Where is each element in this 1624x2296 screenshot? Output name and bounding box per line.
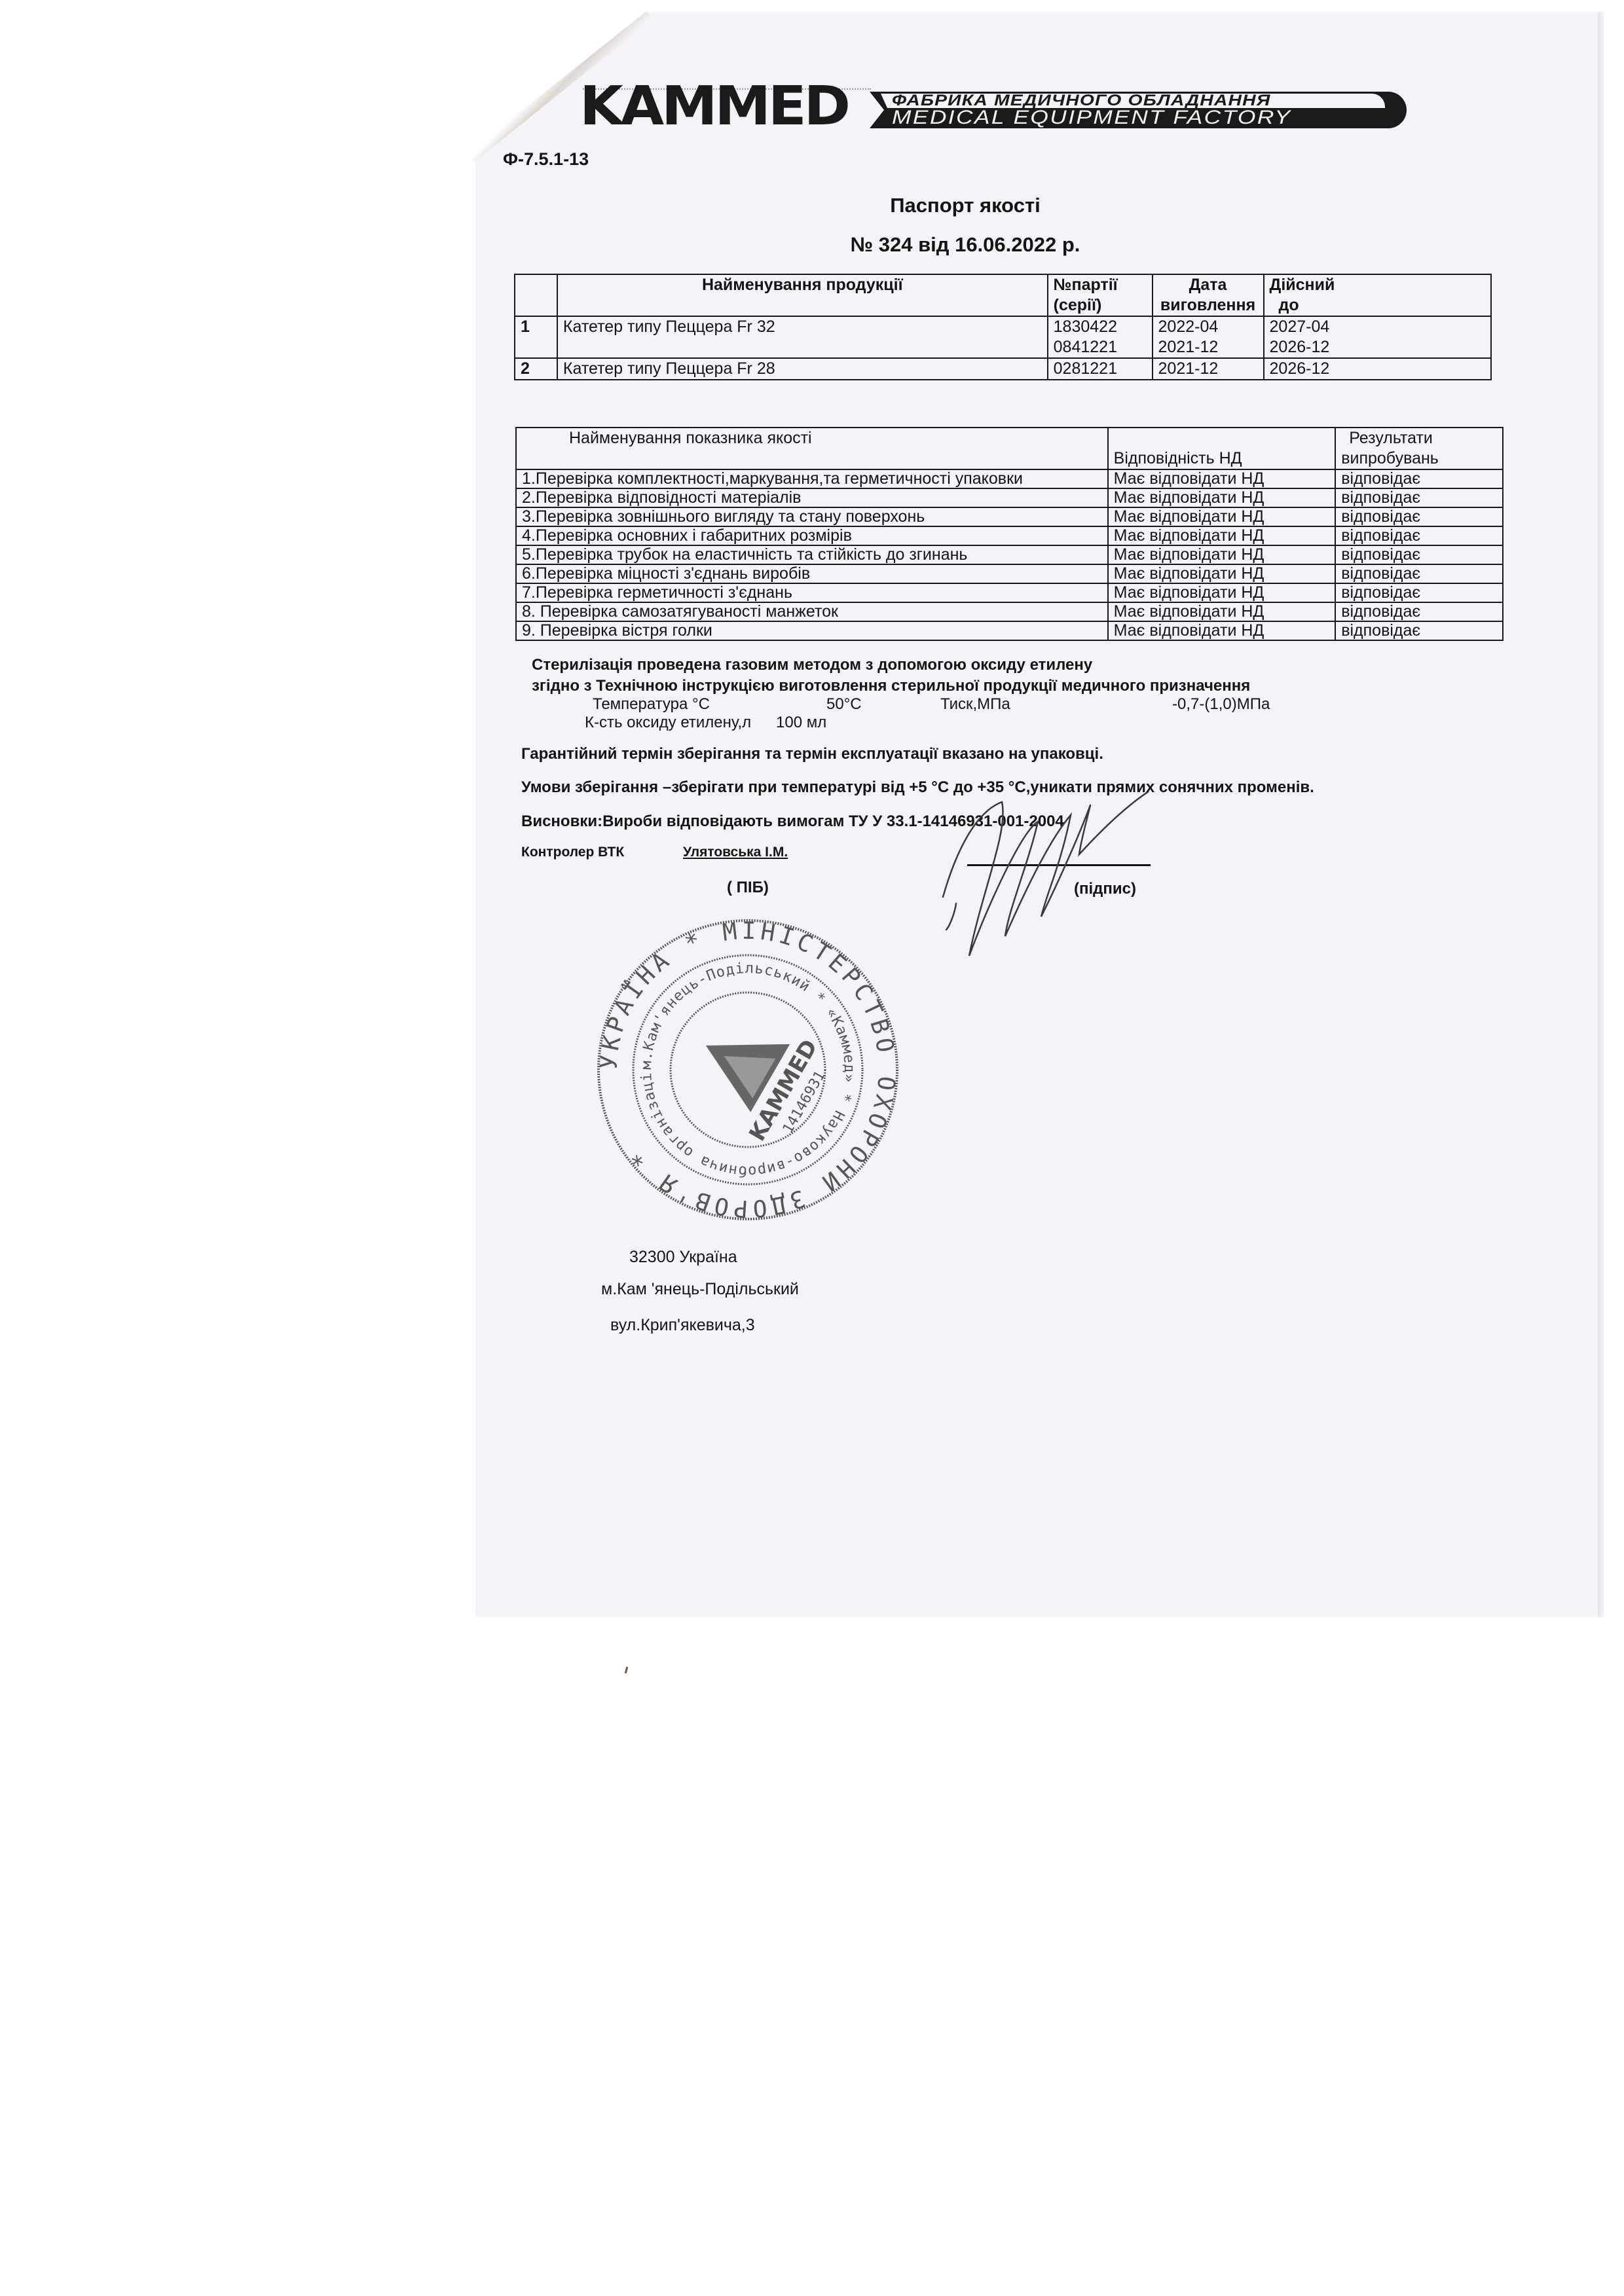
table-row: 2 Катетер типу Пеццера Fr 28 0281221 202… <box>515 358 1491 380</box>
requirement-cell: Має відповідати НД <box>1108 488 1336 507</box>
scan-speck <box>625 1667 628 1673</box>
requirement-cell: Має відповідати НД <box>1108 564 1336 583</box>
handwritten-signature <box>930 792 1166 962</box>
batch-numbers: 1830422 0841221 <box>1048 316 1153 358</box>
valid-until-dates: 2027-04 2026-12 <box>1264 316 1491 358</box>
table-row: 1 Катетер типу Пеццера Fr 32 1830422 084… <box>515 316 1491 358</box>
address-line-2: м.Кам 'янець-Подільський <box>601 1280 799 1299</box>
table-row: 8. Перевірка самозатягуваності манжетокМ… <box>516 602 1503 621</box>
indicator-cell: 2.Перевірка відповідності матеріалів <box>516 488 1108 507</box>
requirement-cell: Має відповідати НД <box>1108 526 1336 545</box>
col-product-name: Найменування продукції <box>557 274 1048 316</box>
batch-numbers: 0281221 <box>1048 358 1153 380</box>
requirement-cell: Має відповідати НД <box>1108 621 1336 640</box>
quality-header-row: Найменування показника якості Відповідні… <box>516 428 1503 469</box>
controller-role: Контролер ВТК <box>521 845 624 860</box>
product-name: Катетер типу Пеццера Fr 32 <box>557 316 1048 358</box>
indicator-cell: 7.Перевірка герметичності з'єднань <box>516 583 1108 602</box>
indicator-cell: 8. Перевірка самозатягуваності манжеток <box>516 602 1108 621</box>
eo-amount-value: 100 мл <box>776 714 826 732</box>
indicator-cell: 1.Перевірка комплектності,маркування,та … <box>516 469 1108 488</box>
table-row: 9. Перевірка вістря голкиМає відповідати… <box>516 621 1503 640</box>
sterilization-line-2: згідно з Технічною інструкцією виготовле… <box>532 677 1250 695</box>
quality-table: Найменування показника якості Відповідні… <box>515 427 1504 641</box>
col-batch: №партії (серії) <box>1048 274 1153 316</box>
requirement-cell: Має відповідати НД <box>1108 469 1336 488</box>
company-logo: KAMMED <box>580 84 882 130</box>
table-row: 4.Перевірка основних і габаритних розмір… <box>516 526 1503 545</box>
result-cell: відповідає <box>1335 545 1503 564</box>
sterilization-line-1: Стерилізація проведена газовим методом з… <box>532 656 1092 674</box>
table-row: 5.Перевірка трубок на еластичність та ст… <box>516 545 1503 564</box>
result-cell: відповідає <box>1335 602 1503 621</box>
row-number: 1 <box>515 316 557 358</box>
result-cell: відповідає <box>1335 621 1503 640</box>
products-header-row: Найменування продукції №партії (серії) Д… <box>515 274 1491 316</box>
storage-note: Умови зберігання –зберігати при температ… <box>521 778 1314 797</box>
col-number <box>515 274 557 316</box>
address-line-1: 32300 Україна <box>629 1248 737 1267</box>
table-row: 2.Перевірка відповідності матеріалівМає … <box>516 488 1503 507</box>
form-code: Ф-7.5.1-13 <box>503 149 589 170</box>
logo-tagline-en: MEDICAL EQUIPMENT FACTORY <box>892 108 1291 128</box>
requirement-cell: Має відповідати НД <box>1108 545 1336 564</box>
eo-amount-label: К-сть оксиду етилену,л <box>585 714 751 732</box>
official-stamp: УКРАЇНА * МІНІСТЕРСТВО ОХОРОНИ ЗДОРОВ'Я … <box>595 917 901 1223</box>
col-requirement: Відповідність НД <box>1108 428 1336 469</box>
valid-until-dates: 2026-12 <box>1264 358 1491 380</box>
requirement-cell: Має відповідати НД <box>1108 583 1336 602</box>
indicator-cell: 3.Перевірка зовнішнього вигляду та стану… <box>516 507 1108 526</box>
products-table: Найменування продукції №партії (серії) Д… <box>514 274 1492 380</box>
warranty-note: Гарантійний термін зберігання та термін … <box>521 745 1103 763</box>
table-row: 7.Перевірка герметичності з'єднаньМає ві… <box>516 583 1503 602</box>
quality-rows: 1.Перевірка комплектності,маркування,та … <box>516 469 1503 640</box>
row-number: 2 <box>515 358 557 380</box>
result-cell: відповідає <box>1335 564 1503 583</box>
name-caption: ( ПІБ) <box>727 879 769 897</box>
indicator-cell: 5.Перевірка трубок на еластичність та ст… <box>516 545 1108 564</box>
address-line-3: вул.Крип'якевича,3 <box>610 1316 755 1335</box>
manufacture-dates: 2022-04 2021-12 <box>1153 316 1264 358</box>
indicator-cell: 6.Перевірка міцності з'єднань виробів <box>516 564 1108 583</box>
table-row: 3.Перевірка зовнішнього вигляду та стану… <box>516 507 1503 526</box>
indicator-cell: 9. Перевірка вістря голки <box>516 621 1108 640</box>
col-manufactured: Дата виговлення <box>1153 274 1264 316</box>
indicator-cell: 4.Перевірка основних і габаритних розмір… <box>516 526 1108 545</box>
requirement-cell: Має відповідати НД <box>1108 602 1336 621</box>
document-title: Паспорт якості <box>0 194 1624 217</box>
manufacture-dates: 2021-12 <box>1153 358 1264 380</box>
controller-name: Улятовська І.М. <box>683 845 788 860</box>
table-row: 1.Перевірка комплектності,маркування,та … <box>516 469 1503 488</box>
result-cell: відповідає <box>1335 469 1503 488</box>
requirement-cell: Має відповідати НД <box>1108 507 1336 526</box>
product-name: Катетер типу Пеццера Fr 28 <box>557 358 1048 380</box>
temperature-label: Температура °С <box>593 695 710 714</box>
result-cell: відповідає <box>1335 507 1503 526</box>
result-cell: відповідає <box>1335 526 1503 545</box>
pressure-value: -0,7-(1,0)МПа <box>1172 695 1270 714</box>
result-cell: відповідає <box>1335 583 1503 602</box>
pressure-label: Тиск,МПа <box>940 695 1010 714</box>
table-row: 6.Перевірка міцності з'єднань виробівМає… <box>516 564 1503 583</box>
col-indicator: Найменування показника якості <box>516 428 1108 469</box>
result-cell: відповідає <box>1335 488 1503 507</box>
col-result: Результати випробувань <box>1335 428 1503 469</box>
temperature-value: 50°С <box>826 695 862 714</box>
col-valid-until: Дійсний до <box>1264 274 1491 316</box>
document-number: № 324 від 16.06.2022 р. <box>0 233 1624 257</box>
